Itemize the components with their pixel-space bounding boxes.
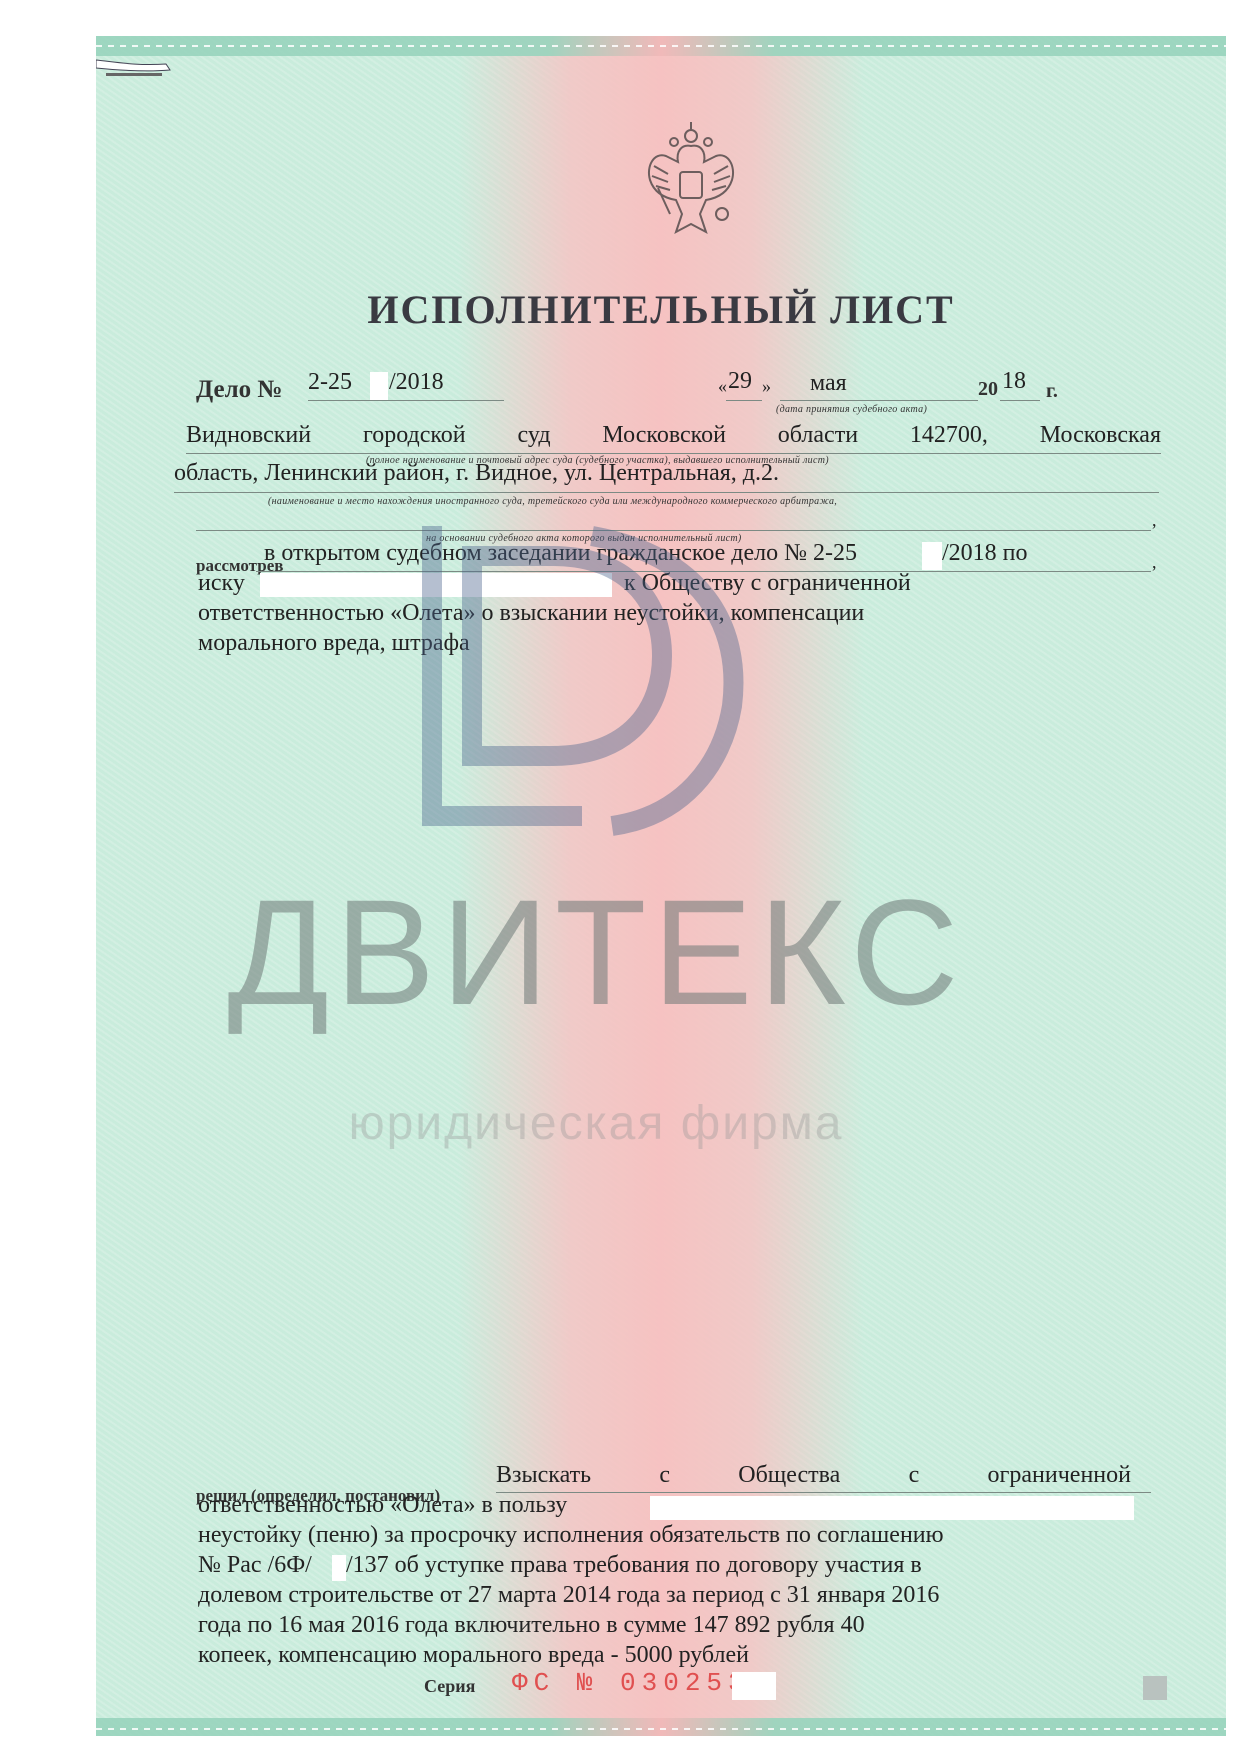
- redacted-case-digits-2: [922, 542, 942, 570]
- date-month-underline: [780, 400, 978, 401]
- date-open-quote: «: [718, 376, 727, 397]
- date-year-unit: г.: [1046, 380, 1058, 403]
- torn-corner-icon: [96, 58, 184, 78]
- case-number-label: Дело №: [196, 376, 283, 404]
- decision-line-3: неустойку (пеню) за просрочку исполнения…: [198, 1522, 1133, 1549]
- document-title: ИСПОЛНИТЕЛЬНЫЙ ЛИСТ: [96, 286, 1226, 333]
- considered-line-1b: /2018 по: [942, 540, 1028, 567]
- decision-line-6: года по 16 мая 2016 года включительно в …: [198, 1612, 865, 1639]
- writ-of-execution-sheet: ИСПОЛНИТЕЛЬНЫЙ ЛИСТ Дело № 2-25 /2018 « …: [96, 36, 1226, 1736]
- court-trailing-comma: ,: [1152, 510, 1157, 531]
- dd-logo-icon: [412, 516, 832, 856]
- court-line-2: область, Ленинский район, г. Видное, ул.…: [174, 460, 779, 487]
- date-month: мая: [810, 370, 847, 397]
- serial-label: Серия: [424, 1676, 475, 1697]
- decision-line-2: ответственностью «Олета» в пользу: [198, 1492, 567, 1519]
- date-year-underline: [1000, 400, 1040, 401]
- bottom-border-band: [96, 1718, 1226, 1736]
- decision-line-5: долевом строительстве от 27 марта 2014 г…: [198, 1582, 939, 1609]
- watermark-company-name: ДВИТЕКС: [146, 866, 1046, 1039]
- decision-underline: [496, 1492, 1151, 1493]
- decision-line-7: копеек, компенсацию морального вреда - 5…: [198, 1642, 749, 1669]
- coat-of-arms-icon: [636, 116, 746, 246]
- redacted-agreement-number: [332, 1555, 346, 1581]
- top-border-dashes: [96, 45, 1226, 47]
- court-line-1: Видновский городской суд Московской обла…: [186, 422, 1161, 449]
- scan-mark: [1143, 1676, 1167, 1700]
- decision-line-4b: /137 об уступке права требования по дого…: [346, 1552, 922, 1579]
- decision-line-4a: № Рас /6Ф/: [198, 1552, 312, 1579]
- date-year-suffix: 18: [1002, 368, 1026, 395]
- date-close-quote: »: [762, 376, 771, 397]
- considered-trailing-comma: ,: [1152, 552, 1157, 573]
- case-number-suffix: /2018: [389, 369, 444, 396]
- court-caption-2: (наименование и место нахождения иностра…: [268, 496, 837, 507]
- decision-line-1: Взыскать с Общества с ограниченной: [496, 1462, 1131, 1489]
- case-number-prefix: 2-25: [308, 369, 352, 396]
- date-caption: (дата принятия судебного акта): [776, 404, 927, 415]
- date-day: 29: [728, 368, 752, 395]
- court-underline-2: [174, 492, 1159, 493]
- redacted-beneficiary-name: [650, 1496, 1134, 1520]
- case-number-underline: [308, 400, 504, 401]
- watermark-company-subtitle: юридическая фирма: [246, 1096, 946, 1151]
- redacted-case-digits: [370, 372, 388, 400]
- date-day-underline: [726, 400, 762, 401]
- redacted-serial-digits: [732, 1672, 776, 1700]
- bottom-border-dashes: [96, 1728, 1226, 1730]
- date-year-prefix: 20: [978, 378, 998, 401]
- considered-line-2a: иску: [198, 570, 245, 597]
- court-underline-1: [186, 453, 1161, 454]
